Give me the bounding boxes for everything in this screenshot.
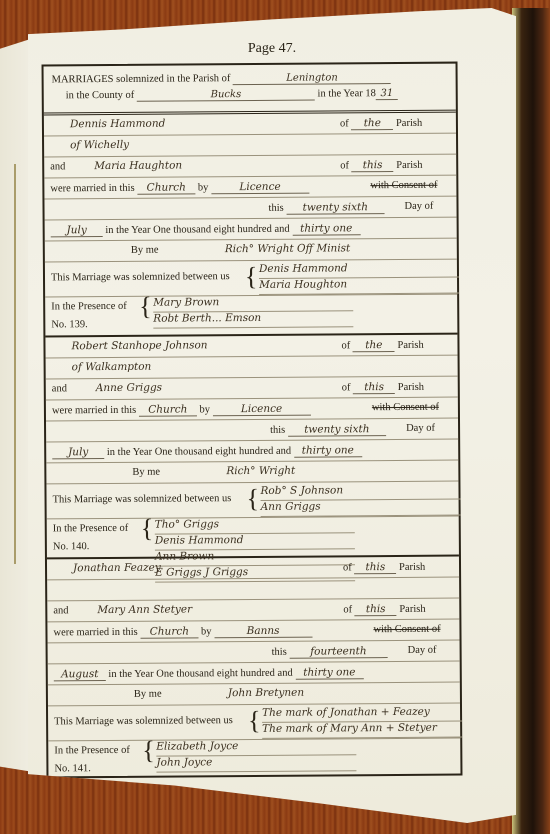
label-of: of xyxy=(343,562,352,573)
label-parish: Parish xyxy=(399,604,425,615)
marriage-place: Church xyxy=(139,403,197,416)
marriage-place: Church xyxy=(140,625,198,638)
label-of: of xyxy=(341,340,350,351)
label-solemnized-between: This Marriage was solemnized between us xyxy=(54,715,233,727)
page-number: Page 47. xyxy=(28,41,516,57)
marriage-month: July xyxy=(51,224,103,237)
consent-struck: with Consent of xyxy=(372,402,439,413)
label-this: this xyxy=(268,203,283,214)
label-by-me: By me xyxy=(134,689,162,700)
consent-struck: with Consent of xyxy=(373,624,440,635)
marriage-day: fourteenth xyxy=(289,645,387,659)
officiant-signature: John Bretynen xyxy=(228,687,304,700)
marriage-month: August xyxy=(54,668,106,681)
bride-parish-of: this xyxy=(352,159,394,172)
label-married-in: were married in this xyxy=(52,405,136,417)
groom-parish-note: of Wichelly xyxy=(70,139,129,151)
label-of: of xyxy=(343,604,352,615)
label-presence: In the Presence of xyxy=(51,301,127,313)
bride-parish-of: this xyxy=(355,603,397,616)
couple-signatures: The mark of Jonathan + FeazeyThe mark of… xyxy=(262,706,462,739)
consent-struck: with Consent of xyxy=(370,180,437,191)
gutter-stain xyxy=(14,164,16,564)
label-parish: Parish xyxy=(396,118,422,129)
county-label: in the County of xyxy=(66,90,135,101)
marriage-year-words: thirty one xyxy=(292,222,360,235)
label-of: of xyxy=(342,382,351,393)
groom-parish-note: of Walkampton xyxy=(72,361,152,374)
witness-signature: Elizabeth Joyce xyxy=(156,739,356,756)
couple-signatures: Denis HammondMaria Houghton xyxy=(259,262,459,295)
marriage-by: Licence xyxy=(213,403,311,417)
label-parish: Parish xyxy=(399,562,425,573)
groom-name: Jonathan Feazey xyxy=(73,562,161,575)
witness-signature: Mary Brown xyxy=(153,295,353,312)
bride-name: Maria Haughton xyxy=(94,159,182,172)
signature: The mark of Jonathan + Feazey xyxy=(262,706,462,723)
label-day-of: Day of xyxy=(406,423,435,434)
register-page: Page 47. MARRIAGES solemnized in the Par… xyxy=(28,8,516,823)
register-header: MARRIAGES solemnized in the Parish of Le… xyxy=(44,64,456,116)
label-by: by xyxy=(201,626,212,637)
label-married-in: were married in this xyxy=(50,183,134,195)
label-married-in: were married in this xyxy=(53,627,137,639)
marriage-entry-1: Dennis Hammond of the Parish of Wichelly… xyxy=(44,113,458,338)
label-of: of xyxy=(340,118,349,129)
groom-name: Robert Stanhope Johnson xyxy=(71,339,207,352)
witness-signature: Tho° Griggs xyxy=(155,517,355,534)
marriage-entry-2: Robert Stanhope Johnson of the Parish of… xyxy=(45,335,459,560)
label-in-year: in the Year One thousand eight hundred a… xyxy=(107,446,291,458)
header-label: MARRIAGES solemnized in the Parish of xyxy=(52,73,231,85)
label-and: and xyxy=(53,605,68,616)
entry-number: No. 140. xyxy=(53,541,90,552)
couple-signatures: Rob° S JohnsonAnn Griggs xyxy=(260,484,460,517)
officiant-signature: Rich° Wright xyxy=(226,465,295,477)
groom-parish-of: this xyxy=(354,561,396,574)
signature: Maria Houghton xyxy=(259,278,459,295)
label-by: by xyxy=(198,182,209,193)
officiant-signature: Rich° Wright Off Minist xyxy=(225,242,351,255)
entries: Dennis Hammond of the Parish of Wichelly… xyxy=(44,113,461,780)
entry-number: No. 141. xyxy=(54,763,91,774)
label-by-me: By me xyxy=(131,245,159,256)
label-by-me: By me xyxy=(132,467,160,478)
label-this: this xyxy=(272,647,287,658)
label-and: and xyxy=(52,383,67,394)
county-name: Bucks xyxy=(137,89,315,102)
bride-name: Anne Griggs xyxy=(96,382,162,394)
marriage-year-words: thirty one xyxy=(295,666,363,679)
label-parish: Parish xyxy=(396,160,422,171)
label-parish: Parish xyxy=(398,382,424,393)
label-by: by xyxy=(199,404,210,415)
marriage-month: July xyxy=(52,446,104,459)
witness-signature: John Joyce xyxy=(156,755,356,772)
bride-parish-of: this xyxy=(353,381,395,394)
label-solemnized-between: This Marriage was solemnized between us xyxy=(53,493,232,505)
label-parish: Parish xyxy=(397,340,423,351)
witness-signature: Robt Berth... Emson xyxy=(153,311,353,328)
marriage-register: MARRIAGES solemnized in the Parish of Le… xyxy=(42,62,463,779)
signature: Rob° S Johnson xyxy=(260,484,460,501)
label-this: this xyxy=(270,425,285,436)
marriage-day: twenty sixth xyxy=(288,423,386,437)
year-label: in the Year 18 xyxy=(317,88,375,99)
label-presence: In the Presence of xyxy=(54,745,130,757)
label-in-year: in the Year One thousand eight hundred a… xyxy=(105,224,289,236)
marriage-by: Banns xyxy=(214,625,312,639)
label-in-year: in the Year One thousand eight hundred a… xyxy=(108,668,292,680)
marriage-entry-3: Jonathan Feazey of this Parish and Mary … xyxy=(47,557,461,780)
marriage-day: twenty sixth xyxy=(286,201,384,215)
witness-signatures: Elizabeth JoyceJohn Joyce xyxy=(156,739,356,772)
year-value: 31 xyxy=(376,88,398,100)
parish-name: Lenington xyxy=(233,72,391,85)
label-presence: In the Presence of xyxy=(53,523,129,535)
groom-parish-of: the xyxy=(353,339,395,352)
entry-number: No. 139. xyxy=(51,319,88,330)
label-solemnized-between: This Marriage was solemnized between us xyxy=(51,271,230,283)
marriage-year-words: thirty one xyxy=(294,444,362,457)
groom-parish-of: the xyxy=(351,117,393,130)
signature: Denis Hammond xyxy=(259,262,459,279)
witness-signatures: Mary BrownRobt Berth... Emson xyxy=(153,295,353,328)
groom-name: Dennis Hammond xyxy=(70,118,165,131)
witness-signature: Denis Hammond xyxy=(155,533,355,550)
signature: Ann Griggs xyxy=(261,500,461,517)
label-of: of xyxy=(340,160,349,171)
marriage-by: Licence xyxy=(211,181,309,195)
bride-name: Mary Ann Stetyer xyxy=(97,603,192,616)
label-and: and xyxy=(50,161,65,172)
marriage-place: Church xyxy=(137,181,195,194)
label-day-of: Day of xyxy=(408,645,437,656)
page-edges xyxy=(512,8,550,834)
signature: The mark of Mary Ann + Stetyer xyxy=(262,722,462,739)
label-day-of: Day of xyxy=(404,201,433,212)
